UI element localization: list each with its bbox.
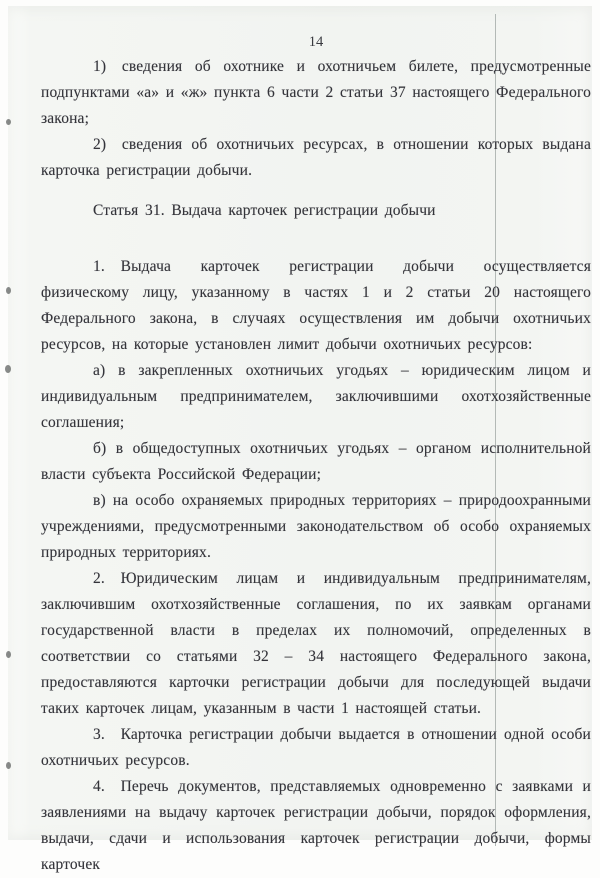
scanned-document-page: 14 1) сведения об охотнике и охотничьем … xyxy=(8,6,592,840)
paragraph-clause-1: 1) сведения об охотнике и охотничьем бил… xyxy=(41,54,591,132)
scan-speck xyxy=(5,365,11,373)
paragraph-part-4: 4. Перечь документов, представляемых одн… xyxy=(41,774,591,848)
paragraph-part-2: 2. Юридическим лицам и индивидуальным пр… xyxy=(41,566,591,722)
page-number: 14 xyxy=(41,34,591,51)
paragraph-part-1-item-b: б) в общедоступных охотничьих угодьях – … xyxy=(41,436,591,488)
scan-speck xyxy=(6,287,11,294)
scan-speck xyxy=(6,762,11,769)
paragraph-part-1: 1. Выдача карточек регистрации добычи ос… xyxy=(41,254,591,358)
paragraph-part-1-item-v: в) на особо охраняемых природных террито… xyxy=(41,488,591,566)
paragraph-part-1-item-a: а) в закрепленных охотничьих угодьях – ю… xyxy=(41,358,591,436)
article-31-heading: Статья 31. Выдача карточек регистрации д… xyxy=(41,198,591,224)
document-text-block: 1) сведения об охотнике и охотничьем бил… xyxy=(41,54,591,848)
paragraph-clause-2: 2) сведения об охотничьих ресурсах, в от… xyxy=(41,132,591,184)
paragraph-part-3: 3. Карточка регистрации добычи выдается … xyxy=(41,722,591,774)
scan-speck xyxy=(6,119,11,125)
scan-speck xyxy=(6,651,11,658)
